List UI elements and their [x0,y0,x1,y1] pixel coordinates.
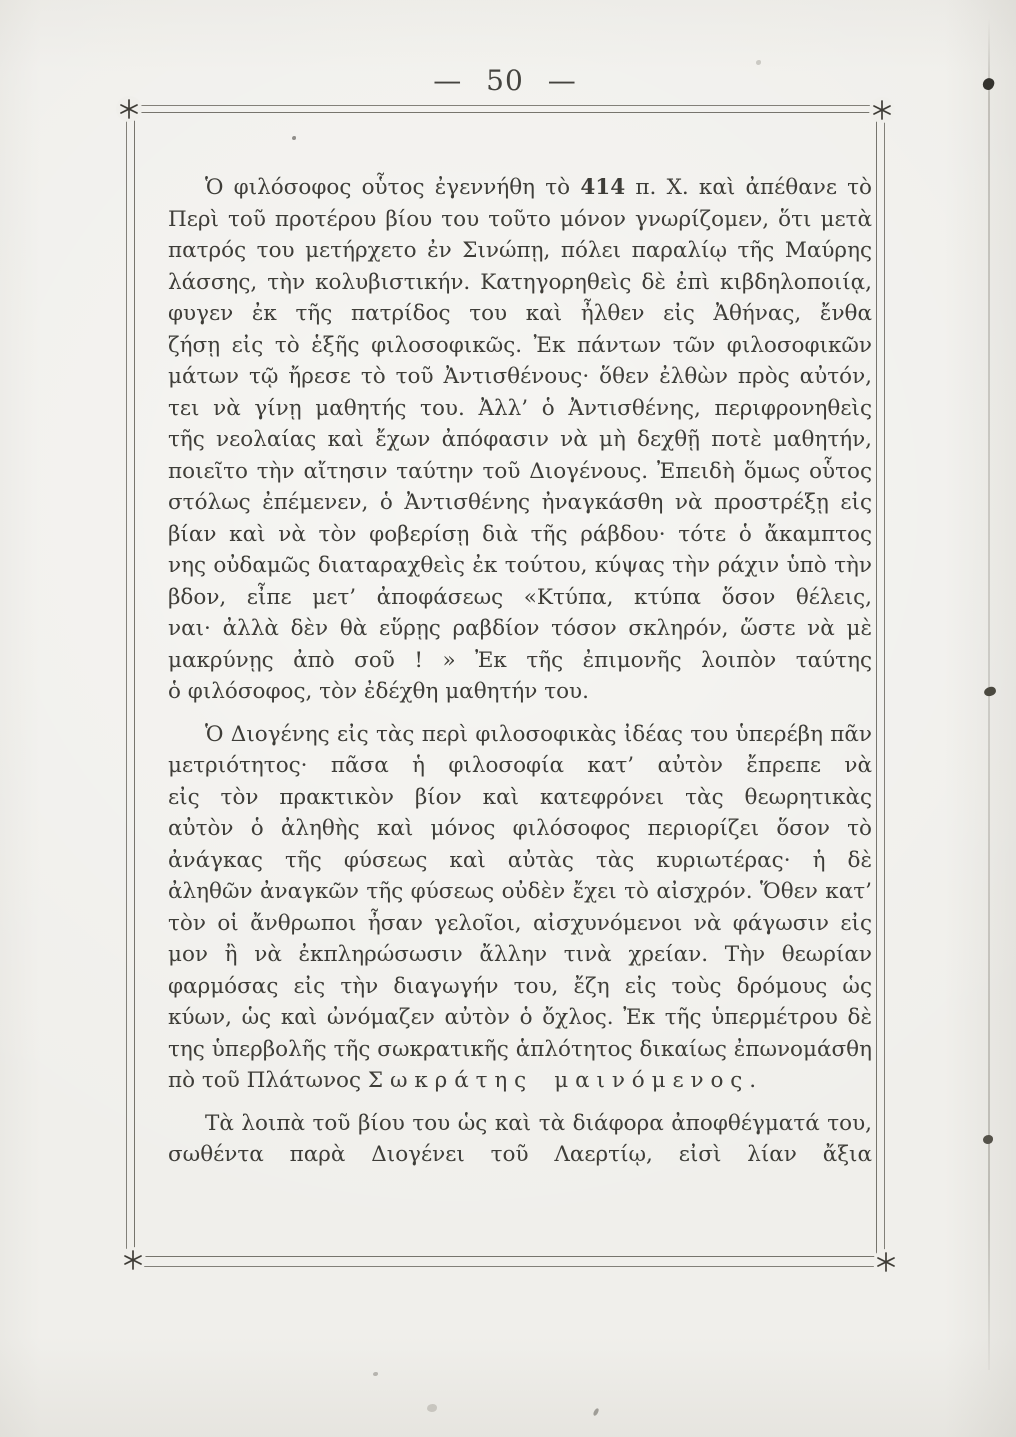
text-line: ζήσῃ εἰς τὸ ἑξῆς φιλοσοφικῶς. Ἐκ πάντων … [168,330,872,362]
text-line: πὸ τοῦ Πλάτωνος Σωκράτης μαινόμενος. [168,1065,872,1097]
text-line: ποιεῖτο τὴν αἴτησιν ταύτην τοῦ Διογένους… [168,456,872,488]
text-line: ἀνάγκας τῆς φύσεως καὶ αὐτὰς τὰς κυριωτέ… [168,845,872,877]
corner-asterisk-icon [120,1247,146,1273]
text-line: πατρός του μετήρχετο ἐν Σινώπῃ, πόλει πα… [168,235,872,267]
ink-speck [981,76,995,91]
paragraph: Ὁ φιλόσοφος οὗτος ἐγεννήθη τὸ 414 π. Χ. … [168,172,872,708]
text-line: τὸν οἱ ἄνθρωποι ἦσαν γελοῖοι, αἰσχυνόμεν… [168,908,872,940]
text-line: τει νὰ γίνῃ μαθητής του. Ἀλλ’ ὁ Ἀντισθέν… [168,393,872,425]
text-line: Περὶ τοῦ προτέρου βίου του τοῦτο μόνον γ… [168,204,872,236]
ink-speck [427,1404,437,1412]
text-line: ναι· ἀλλὰ δὲν θὰ εὕρῃς ραβδίον τόσον σκλ… [168,613,872,645]
text-line: φυγεν ἐκ τῆς πατρίδος του καὶ ἦλθεν εἰς … [168,298,872,330]
ink-speck [592,1408,599,1417]
text-line: σωθέντα παρὰ Διογένει τοῦ Λαερτίῳ, εἰσὶ … [168,1139,872,1171]
text-line: της ὑπερβολῆς τῆς σωκρατικῆς ἁπλότητος δ… [168,1034,872,1066]
text-line: αὐτὸν ὁ ἀληθὴς καὶ μόνος φιλόσοφος περιο… [168,813,872,845]
text-line: κύων, ὡς καὶ ὠνόμαζεν αὐτὸν ὁ ὄχλος. Ἐκ … [168,1002,872,1034]
body-text: Ὁ φιλόσοφος οὗτος ἐγεννήθη τὸ 414 π. Χ. … [168,172,872,1171]
text-line: Τὰ λοιπὰ τοῦ βίου του ὡς καὶ τὰ διάφορα … [168,1108,872,1140]
text-line: ἀληθῶν ἀναγκῶν τῆς φύσεως οὐδὲν ἔχει τὸ … [168,876,872,908]
ink-speck [983,1135,993,1144]
corner-asterisk-icon [869,97,895,123]
scanned-book-page: — 50 — Ὁ φιλόσοφος οὗτος ἐγεννήθη τὸ 414… [0,0,1016,1437]
text-line: στόλως ἐπέμενεν, ὁ Ἀντισθένης ἠναγκάσθη … [168,487,872,519]
ink-speck [983,686,997,697]
paragraph: Ὁ Διογένης εἰς τὰς περὶ φιλοσοφικὰς ἰδέα… [168,719,872,1097]
text-line: εἰς τὸν πρακτικὸν βίον καὶ κατεφρόνει τὰ… [168,782,872,814]
text-line: βίαν καὶ νὰ τὸν φοβερίσῃ διὰ τῆς ράβδου·… [168,519,872,551]
text-line: μον ἢ νὰ ἐκπληρώσωσιν ἄλλην τινὰ χρείαν.… [168,939,872,971]
corner-asterisk-icon [116,96,142,122]
text-line: βδον, εἶπε μετ’ ἀποφάσεως «Κτύπα, κτύπα … [168,582,872,614]
ink-speck [292,136,296,140]
page-number: — 50 — [126,64,884,97]
text-line: μακρύνῃς ἀπὸ σοῦ ! » Ἐκ τῆς ἐπιμονῆς λοι… [168,645,872,677]
text-line: μετριότητος· πᾶσα ἡ φιλοσοφία κατ’ αὐτὸν… [168,750,872,782]
text-line: Ὁ Διογένης εἰς τὰς περὶ φιλοσοφικὰς ἰδέα… [168,719,872,751]
paragraph: Τὰ λοιπὰ τοῦ βίου του ὡς καὶ τὰ διάφορα … [168,1108,872,1171]
corner-asterisk-icon [873,1249,899,1275]
text-line: νης οὐδαμῶς διαταραχθεὶς ἐκ τούτου, κύψα… [168,550,872,582]
text-line: Ὁ φιλόσοφος οὗτος ἐγεννήθη τὸ 414 π. Χ. … [168,172,872,204]
text-line: τῆς νεολαίας καὶ ἔχων ἀπόφασιν νὰ μὴ δεχ… [168,424,872,456]
text-line: ὁ φιλόσοφος, τὸν ἐδέχθη μαθητήν του. [168,676,872,708]
ink-speck [373,1372,378,1376]
ink-speck [756,60,761,65]
text-line: λάσσης, τὴν κολυβιστικήν. Κατηγορηθεὶς δ… [168,267,872,299]
text-line: φαρμόσας εἰς τὴν διαγωγήν του, ἔζη εἰς τ… [168,971,872,1003]
text-line: μάτων τῷ ἤρεσε τὸ τοῦ Ἀντισθένους· ὅθεν … [168,361,872,393]
